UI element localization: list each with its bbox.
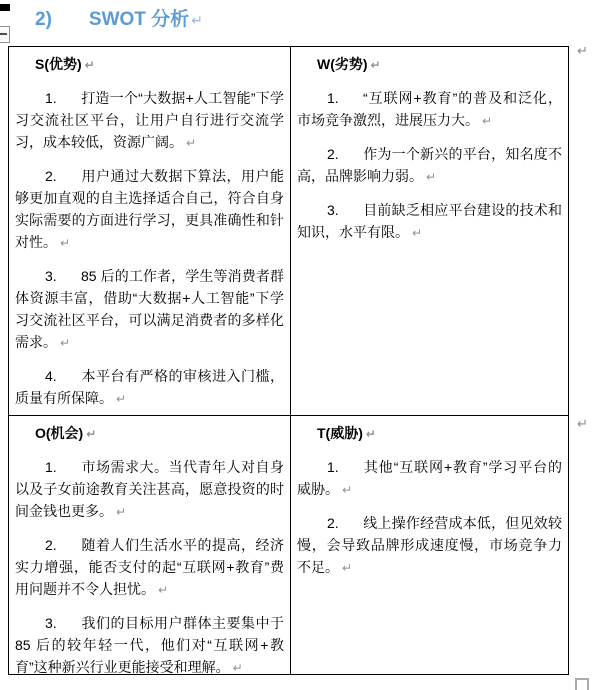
anchor-marker (0, 26, 10, 43)
item-number: 3. (327, 199, 363, 221)
item-number: 2. (45, 165, 81, 187)
item-number: 1. (327, 456, 363, 478)
paragraph-mark-icon: ↵ (342, 483, 352, 497)
swot-cell-strengths[interactable]: S(优势)↵ 1.打造一个“大数据+人工智能”下学习交流社区平台，让用户自行进行… (9, 47, 291, 416)
cell-header-text: S(优势) (35, 56, 82, 72)
item-number: 2. (327, 143, 363, 165)
item-number: 1. (45, 456, 81, 478)
paragraph-mark-icon: ↵ (116, 392, 126, 406)
list-item[interactable]: 1.打造一个“大数据+人工智能”下学习交流社区平台，让用户自行进行交流学习，成本… (15, 87, 284, 154)
list-item[interactable]: 3.85 后的工作者，学生等消费者群体资源丰富，借助“大数据+人工智能”下学习交… (15, 265, 284, 354)
paragraph-mark-icon: ↵ (158, 583, 168, 597)
paragraph-mark-icon: ↵ (60, 336, 70, 350)
cell-header-text: T(威胁) (317, 425, 363, 441)
item-number: 2. (45, 534, 81, 556)
paragraph-mark-icon: ↵ (116, 505, 126, 519)
swot-cell-opportunities[interactable]: O(机会)↵ 1.市场需求大。当代青年人对自身以及子女前途教育关注甚高，愿意投资… (9, 416, 291, 674)
list-item[interactable]: 3.目前缺乏相应平台建设的技术和知识，水平有限。↵ (297, 199, 562, 244)
section-heading[interactable]: 2)SWOT 分析↵ (35, 4, 203, 31)
list-item[interactable]: 3.我们的目标用户群体主要集中于 85 后的较年轻一代，他们对“互联网+教育”这… (15, 612, 284, 674)
swot-cell-weaknesses[interactable]: W(劣势)↵ 1.“互联网+教育”的普及和泛化，市场竞争激烈，进展压力大。↵ 2… (291, 47, 568, 416)
item-number: 3. (45, 265, 81, 287)
item-number: 2. (327, 512, 363, 534)
cell-header: S(优势)↵ (35, 53, 284, 76)
paragraph-mark-icon: ↵ (233, 661, 243, 674)
list-item[interactable]: 2.随着人们生活水平的提高，经济实力增强，能否支付的起“互联网+教育”费用问题并… (15, 534, 284, 601)
paragraph-mark-icon: ↵ (371, 58, 381, 72)
paragraph-mark-icon: ↵ (412, 226, 422, 240)
cell-header: W(劣势)↵ (317, 53, 562, 76)
paragraph-mark-icon: ↵ (366, 427, 376, 441)
item-number: 1. (327, 87, 363, 109)
swot-table: S(优势)↵ 1.打造一个“大数据+人工智能”下学习交流社区平台，让用户自行进行… (8, 46, 569, 675)
list-item[interactable]: 1.市场需求大。当代青年人对自身以及子女前途教育关注甚高，愿意投资的时间金钱也更… (15, 456, 284, 523)
document-page: 2)SWOT 分析↵ S(优势)↵ 1.打造一个“大数据+人工智能”下学习交流社… (0, 0, 592, 690)
row-end-mark-icon: ↵ (577, 44, 588, 59)
list-item[interactable]: 1.其他“互联网+教育”学习平台的威胁。↵ (297, 456, 562, 501)
item-number: 1. (45, 87, 81, 109)
paragraph-mark-icon: ↵ (86, 427, 96, 441)
outline-bullet-marker (0, 4, 10, 11)
paragraph-mark-icon: ↵ (426, 170, 436, 184)
table-resize-handle[interactable] (575, 678, 589, 690)
paragraph-mark-icon: ↵ (482, 114, 492, 128)
swot-cell-threats[interactable]: T(威胁)↵ 1.其他“互联网+教育”学习平台的威胁。↵ 2.线上操作经营成本低… (291, 416, 568, 674)
cell-header-text: O(机会) (35, 425, 83, 441)
item-number: 4. (45, 365, 81, 387)
heading-number: 2) (35, 9, 52, 30)
paragraph-mark-icon: ↵ (342, 561, 352, 575)
list-item[interactable]: 2.用户通过大数据下算法，用户能够更加直观的自主选择适合自己，符合自身实际需要的… (15, 165, 284, 254)
heading-title: SWOT 分析 (89, 9, 189, 30)
paragraph-mark-icon: ↵ (186, 136, 196, 150)
cell-header: T(威胁)↵ (317, 422, 562, 445)
cell-header: O(机会)↵ (35, 422, 284, 445)
cell-header-text: W(劣势) (317, 56, 368, 72)
item-number: 3. (45, 612, 81, 634)
paragraph-mark-icon: ↵ (85, 58, 95, 72)
paragraph-mark-icon: ↵ (60, 236, 70, 250)
list-item[interactable]: 4.本平台有严格的审核进入门槛，质量有所保障。↵ (15, 365, 284, 410)
anchor-cross-icon (0, 33, 7, 35)
list-item[interactable]: 2.作为一个新兴的平台，知名度不高，品牌影响力弱。↵ (297, 143, 562, 188)
paragraph-mark-icon: ↵ (191, 13, 203, 29)
list-item[interactable]: 2.线上操作经营成本低，但见效较慢，会导致品牌形成速度慢，市场竞争力不足。↵ (297, 512, 562, 579)
row-end-mark-icon: ↵ (577, 417, 588, 432)
list-item[interactable]: 1.“互联网+教育”的普及和泛化，市场竞争激烈，进展压力大。↵ (297, 87, 562, 132)
